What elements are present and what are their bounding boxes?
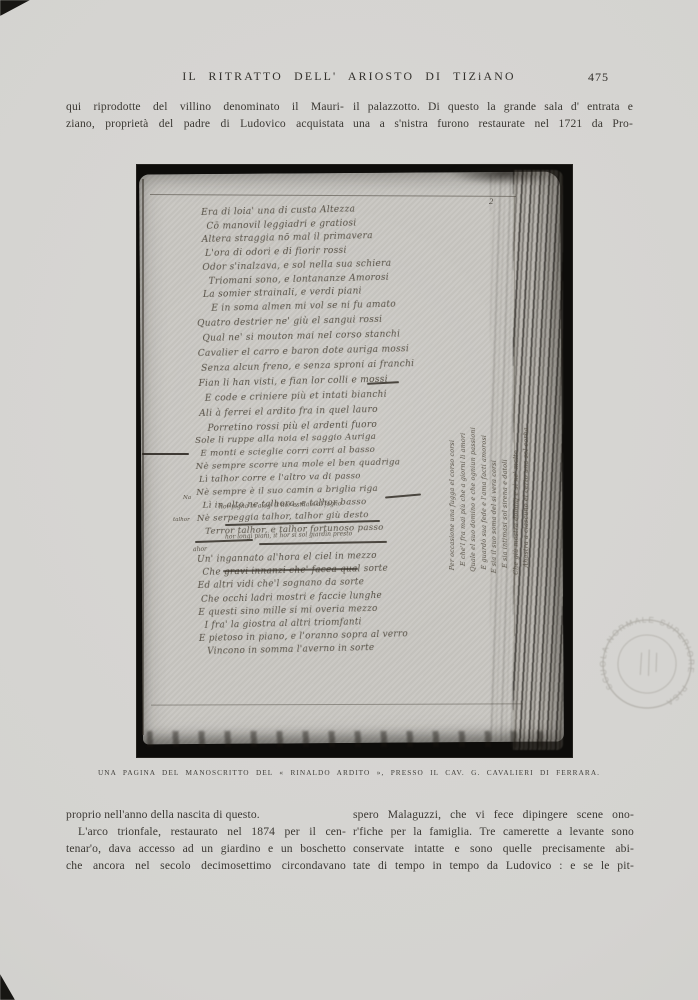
text-line: conservate intatte e sono quelle precisa… — [353, 840, 634, 857]
handwritten-line: E sia il suo soma del si vera corsi — [490, 368, 501, 574]
figure-caption: UNA PAGINA DEL MANOSCRITTO DEL « RINALDO… — [0, 768, 698, 777]
top-paragraph-right-column: il palazzotto. Di questo la grande sala … — [353, 98, 633, 132]
scan-corner-mark-top-left — [0, 0, 30, 16]
ragged-bottom-edge — [147, 731, 547, 747]
text-line: ziano, proprietà del padre di Ludovico a… — [66, 115, 344, 132]
bottom-paragraph-left-column: proprio nell'anno della nascita di quest… — [66, 806, 346, 874]
page-number: 475 — [588, 70, 609, 85]
handwritten-line: Ahastra a ciascuno el certo una sol corb… — [522, 370, 533, 568]
page-fold-line — [142, 179, 144, 735]
handwritten-line: E sia intimasi sol sirena e datoli — [501, 369, 512, 569]
text-line: tenar'o, dava accesso ad un giardino e u… — [66, 840, 346, 857]
embossed-library-stamp: SCUOLA NORMALE SUPERIORE - PISA — [577, 594, 698, 733]
text-line: r'fiche per la famiglia. Tre camerette a… — [353, 823, 634, 840]
top-paragraph-left-column: qui riprodotte del villino denominato il… — [66, 98, 344, 132]
bottom-paragraph-right-column: spero Malaguzzi, che vi fece dipingere s… — [353, 806, 634, 874]
text-line: proprio nell'anno della nascita di quest… — [66, 806, 346, 823]
folio-number: 2 — [489, 196, 493, 206]
text-line: una a s'nistra furono restaurate nel 172… — [353, 115, 633, 132]
handwritten-stanza-1: Era di loia' una di custa AltezzaCō mano… — [201, 203, 396, 317]
stamp-ring-text: SCUOLA NORMALE SUPERIORE - PISA — [579, 596, 698, 731]
scan-corner-mark-bottom-left — [0, 974, 15, 1000]
text-line: spero Malaguzzi, che vi fece dipingere s… — [353, 806, 634, 823]
text-line: il palazzotto. Di questo la grande sala … — [353, 98, 633, 115]
handwritten-stanza-2: Quatro destrier ne' giù el sangui rossiQ… — [197, 312, 416, 437]
interlinear-correction: ahor — [193, 546, 207, 553]
svg-text:SCUOLA NORMALE SUPERIORE - PIS: SCUOLA NORMALE SUPERIORE - PISA — [579, 596, 698, 731]
handwritten-line: Per occasione una fugga el corso corsi — [448, 365, 459, 571]
stamp-center-marks — [637, 649, 659, 677]
handwritten-stanza-4: Un' ingannato al'hora el ciel in mezzoCh… — [197, 549, 408, 659]
rotated-margin-note: Per occasione una fugga el corso corsiE … — [448, 365, 533, 576]
handwritten-line: Che giù mostra dominj e sì ne' molto — [512, 369, 523, 575]
text-line: che ancora nel secolo decimosettimo circ… — [66, 857, 346, 874]
handwritten-line: E che'l fra mai più che a giorni li amor… — [459, 366, 470, 567]
margin-insertion: talhor — [173, 517, 190, 523]
text-line: L'arco trionfale, restaurato nel 1874 pe… — [66, 823, 346, 840]
text-line: qui riprodotte del villino denominato il… — [66, 98, 344, 115]
text-line: tate di tempo in tempo da Ludovico : e s… — [353, 857, 634, 874]
handwritten-line: E guardò sua fede e l'ama facti amorosi — [480, 367, 491, 570]
scanned-book-page: IL RITRATTO DELL' ARIOSTO DI TIZiANO 475… — [0, 0, 698, 1000]
handwritten-line: Quale el suo domino e che ogniun passion… — [469, 366, 480, 572]
margin-insertion: Na — [183, 495, 191, 501]
manuscript-photograph: 2 Era di loia' una di custa AltezzaCō ma… — [137, 165, 572, 757]
running-header: IL RITRATTO DELL' ARIOSTO DI TIZiANO 475 — [0, 69, 698, 85]
